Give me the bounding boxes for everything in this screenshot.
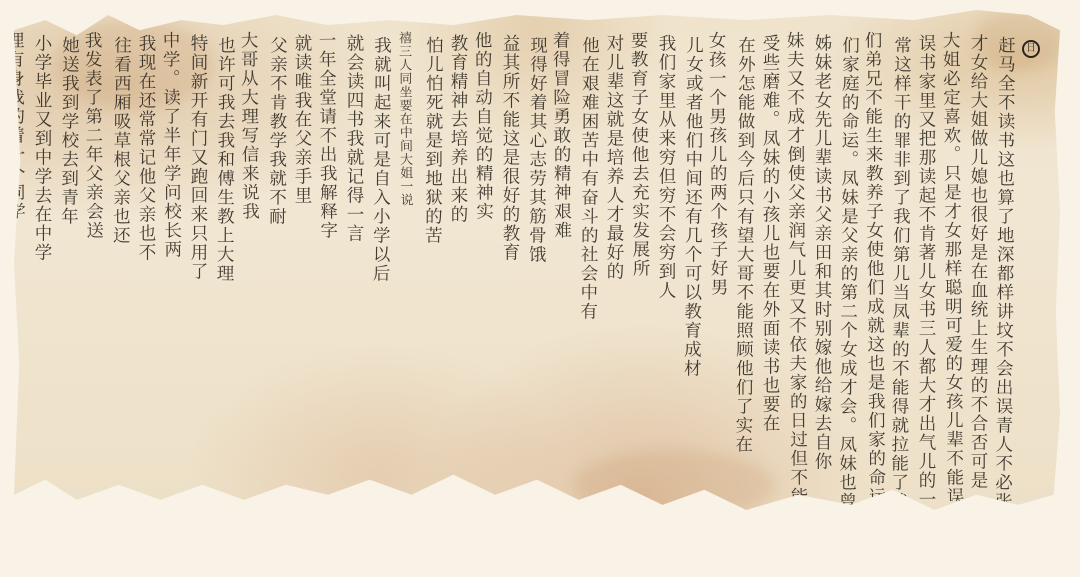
text-column: 姊妹老女先儿辈读书父亲田和其时别嫁他给嫁去自你 <box>809 34 834 504</box>
text-column: 才女给大姐做儿媳也很好是在血统上生理的不合否可是 <box>965 34 990 504</box>
text-column: 我现在还常常记他父亲也不 <box>133 34 158 504</box>
text-column: 常这样干的罪非到了我们第儿当凤辈的不能得就拉能了我们 <box>885 36 913 506</box>
text-column: 赶马全不读书这也算了地深都样讲坟不会出误青人不必张勉。 <box>989 36 1017 506</box>
text-column: 要教育子女使他去充实发展所 <box>625 31 654 501</box>
text-column: 一年全堂请不出我解释字 <box>313 31 342 501</box>
text-column: 对儿辈这就是培养人才最好的 <box>601 34 626 504</box>
page-number-mark: 日 <box>1022 40 1040 58</box>
text-column: 特间新开有门又跑回来只用了 <box>185 34 210 504</box>
text-column: 怕儿怕死就是到地狱的苦 <box>417 36 445 506</box>
text-column: 我们家里从来穷但穷不会穷到人 <box>653 34 678 504</box>
text-column: 就会读四书我就记得一言 <box>341 34 366 504</box>
text-column: 着得冒险勇敢的精神艰难 <box>547 31 576 501</box>
text-column: 中学。读了半年学问校长两 <box>157 31 186 501</box>
text-column: 我发表了第二年父亲会送 <box>79 31 108 501</box>
text-column: 在外怎能做到今后只有望大哥不能照顾他们了实在 <box>729 36 757 506</box>
text-column: 教育精神去培养出来的 <box>445 34 470 504</box>
text-column: 现得好着其心志劳其筋骨饿 <box>521 36 549 506</box>
text-column: 他的自动自觉的精神实 <box>469 31 498 501</box>
text-column: 女孩一个男孩儿的两个孩子好男 <box>703 31 732 501</box>
text-column: 我就叫起来可是自入小学以后 <box>365 36 393 506</box>
text-columns: 赶马全不读书这也算了地深都样讲坟不会出误青人不必张勉。 才女给大姐做儿媳也很好是… <box>0 34 1016 504</box>
text-column: 益其所不能这是很好的教育 <box>497 34 522 504</box>
text-column: 禧三人同坐要在中间大姐一说 <box>391 31 420 501</box>
text-column: 大姐必定喜欢。只是才女那样聪明可爱的女孩儿辈不能误她 <box>937 31 966 501</box>
text-column: 妹夫又不成才倒使父亲润气儿更又不依夫家的日过但不能 <box>781 31 810 501</box>
text-column: 受些磨难。凤妹的小孩儿也要在外面读书也要在 <box>757 34 782 504</box>
text-column: 小学毕业又到中学去在中学 <box>29 34 54 504</box>
manuscript-sheet: 日 赶马全不读书这也算了地深都样讲坟不会出误青人不必张勉。 才女给大姐做儿媳也很… <box>14 10 1060 515</box>
text-column: 他在艰难困苦中有奋斗的社会中有 <box>573 36 601 506</box>
text-column: 就读唯我在父亲手里 <box>289 34 314 504</box>
text-column: 她送我到学校去到青年 <box>53 36 81 506</box>
text-column: 父亲不肯教学我就不耐 <box>261 36 289 506</box>
text-column: 也许可我去我和傅生教上大理 <box>209 36 237 506</box>
text-column: 们家庭的命运。凤妹是父亲的第二个女成才会。凤妹也曾出 <box>833 36 861 506</box>
text-column: 误书家里又把那读起不肯著儿女书三人都大才出气儿的一般孩们 <box>913 34 938 504</box>
text-column: 大哥从大理写信来说我 <box>235 31 264 501</box>
text-column: 往看西厢吸草根父亲也还 <box>105 36 133 506</box>
text-column: 儿女或者他们中间还有几个可以教育成材 <box>677 36 705 506</box>
text-column: 们弟兄不能生来教养子女使他们成就这也是我们家的命运 <box>859 31 888 501</box>
